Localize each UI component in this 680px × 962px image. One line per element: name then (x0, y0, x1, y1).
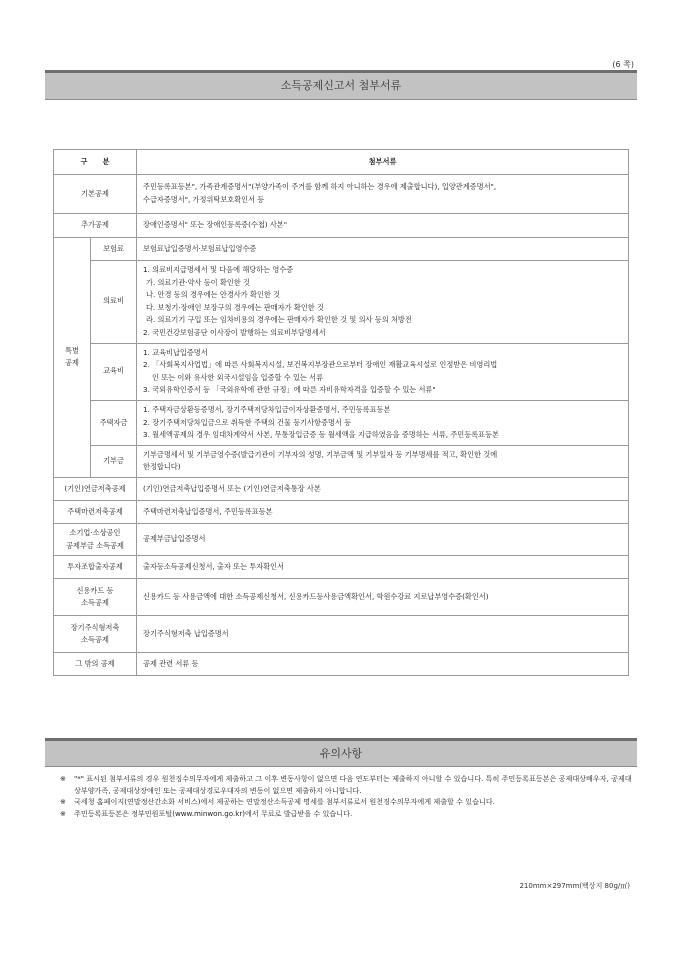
row-category: 그 밖의 공제 (54, 653, 137, 676)
table-row: 기부금 기부금명세서 및 기부금영수증(발급기관이 기부자의 성명, 기부금액 … (54, 445, 629, 477)
row-documents: 출자등소득공제신청서, 출자 또는 투자확인서 (137, 556, 629, 579)
table-row: 주택마련저축공제 주택마련저축납입증명서, 주민등록표등본 (54, 500, 629, 523)
category-line: 공제부금 소득공제 (56, 540, 134, 553)
sub-category: 의료비 (91, 261, 137, 344)
doc-line: 인 또는 이와 유사한 외국시설임을 입증할 수 있는 서류 (143, 372, 622, 385)
row-category: 추가공제 (54, 214, 137, 238)
doc-line: 라. 의료기기 구입 또는 임차비용의 경우에는 판매자가 확인한 것 및 의사… (143, 314, 622, 327)
doc-line: 장애인증명서" 또는 장애인등록증(수첩) 사본" (143, 219, 622, 232)
notes-title: 유의사항 (45, 738, 637, 767)
doc-line: 2. 장기주택저당차입금으로 취득한 주택의 건물 등기사항증명서 등 (143, 417, 622, 430)
row-category: 주택마련저축공제 (54, 500, 137, 523)
category-line: 공제 (56, 357, 88, 370)
header-category: 구 분 (54, 150, 137, 175)
sub-category: 보험료 (91, 238, 137, 261)
doc-line: 나. 안경 등의 경우에는 안경사가 확인한 것 (143, 289, 622, 302)
row-documents: 신용카드 등 사용금액에 대한 소득공제신청서, 신용카드등사용금액확인서, 학… (137, 579, 629, 616)
doc-line: 3. 월세액공제의 경우 임대차계약서 사본, 무통장입금증 등 월세액을 지급… (143, 429, 622, 442)
doc-line: 2. 「사회복지사업법」에 따른 사회복지시설, 보건복지부장관으로부터 장애인… (143, 359, 622, 372)
sub-category: 기부금 (91, 445, 137, 477)
reference-mark-icon: ※ (60, 773, 74, 796)
row-category: 신용카드 등 소득공제 (54, 579, 137, 616)
doc-line: 2. 국민건강보험공단 이사장이 발행하는 의료비부담명세서 (143, 327, 622, 340)
table-row: 투자조합출자공제 출자등소득공제신청서, 출자 또는 투자확인서 (54, 556, 629, 579)
note-text: "*" 표시된 첨부서류의 경우 원천징수의무자에게 제출하고 그 이후 변동사… (74, 773, 638, 796)
doc-line: 기부금명세서 및 기부금영수증(발급기관이 기부자의 성명, 기부금액 및 기부… (143, 449, 622, 462)
row-category: 투자조합출자공제 (54, 556, 137, 579)
table-row: 신용카드 등 소득공제 신용카드 등 사용금액에 대한 소득공제신청서, 신용카… (54, 579, 629, 616)
table-row: 의료비 1. 의료비지급명세서 및 다음에 해당하는 영수증 가. 의료기관·약… (54, 261, 629, 344)
table-row: 특별 공제 보험료 보험료납입증명서·보험료납입영수증 (54, 238, 629, 261)
special-category: 특별 공제 (54, 238, 91, 478)
row-documents: 장애인증명서" 또는 장애인등록증(수첩) 사본" (137, 214, 629, 238)
category-line: 장기주식형저축 (56, 622, 134, 635)
sub-category: 주택자금 (91, 400, 137, 445)
header-documents: 첨부서류 (137, 150, 629, 175)
row-documents: 1. 의료비지급명세서 및 다음에 해당하는 영수증 가. 의료기관·약사 등이… (137, 261, 629, 344)
row-category: 소기업·소상공인 공제부금 소득공제 (54, 523, 137, 555)
note-item: ※ 주민등록표등본은 정부민원포털(www.minwon.go.kr)에서 무료… (60, 808, 638, 820)
paper-spec-footer: 210mm×297mm(백상지 80g/㎡) (519, 881, 630, 891)
row-documents: 주택마련저축납입증명서, 주민등록표등본 (137, 500, 629, 523)
table-row: 장기주식형저축 소득공제 장기주식형저축 납입증명서 (54, 616, 629, 653)
row-category: (기인)연금저축공제 (54, 477, 137, 500)
row-documents: 기부금명세서 및 기부금영수증(발급기관이 기부자의 성명, 기부금액 및 기부… (137, 445, 629, 477)
category-line: 신용카드 등 (56, 585, 134, 598)
note-text: 국세청 홈페이지(연말정산간소화 서비스)에서 제공하는 연말정산소득공제 명세… (74, 796, 495, 808)
row-documents: (기인)연금저축납입증명서 또는 (기인)연금저축통장 사본 (137, 477, 629, 500)
doc-line: 주민등록표등본", 가족관계증명서"(부양가족이 주거를 함께 하지 아니하는 … (143, 181, 622, 194)
row-documents: 장기주식형저축 납입증명서 (137, 616, 629, 653)
note-text: 주민등록표등본은 정부민원포털(www.minwon.go.kr)에서 무료로 … (74, 808, 352, 820)
sub-category: 교육비 (91, 343, 137, 400)
row-documents: 공제 관련 서류 등 (137, 653, 629, 676)
notes-list: ※ "*" 표시된 첨부서류의 경우 원천징수의무자에게 제출하고 그 이후 변… (60, 773, 638, 819)
table-row: 주택자금 1. 주택자금상환등증명서, 장기주택저당차입금이자상환증명서, 주민… (54, 400, 629, 445)
category-line: 소득공제 (56, 634, 134, 647)
doc-line: 1. 주택자금상환등증명서, 장기주택저당차입금이자상환증명서, 주민등록표등본 (143, 404, 622, 417)
doc-line: 3. 국외유학인증서 등 「국외유학에 관한 규정」에 따른 자비유학자격을 입… (143, 384, 622, 397)
table-row: 그 밖의 공제 공제 관련 서류 등 (54, 653, 629, 676)
table-row: 기본공제 주민등록표등본", 가족관계증명서"(부양가족이 주거를 함께 하지 … (54, 175, 629, 214)
reference-mark-icon: ※ (60, 796, 74, 808)
doc-line: 가. 의료기관·약사 등이 확인한 것 (143, 277, 622, 290)
table-row: 교육비 1. 교육비납입증명서 2. 「사회복지사업법」에 따른 사회복지시설,… (54, 343, 629, 400)
page-number-label: (6 쪽) (612, 59, 634, 70)
row-category: 기본공제 (54, 175, 137, 214)
row-category: 장기주식형저축 소득공제 (54, 616, 137, 653)
row-documents: 보험료납입증명서·보험료납입영수증 (137, 238, 629, 261)
category-line: 소기업·소상공인 (56, 527, 134, 540)
doc-line: 한정합니다) (143, 461, 622, 474)
doc-line: 수급자증명서", 가정위탁보호확인서 등 (143, 194, 622, 207)
table-row: (기인)연금저축공제 (기인)연금저축납입증명서 또는 (기인)연금저축통장 사… (54, 477, 629, 500)
row-documents: 공제부금납입증명서 (137, 523, 629, 555)
note-item: ※ 국세청 홈페이지(연말정산간소화 서비스)에서 제공하는 연말정산소득공제 … (60, 796, 638, 808)
note-item: ※ "*" 표시된 첨부서류의 경우 원천징수의무자에게 제출하고 그 이후 변… (60, 773, 638, 796)
table-row: 소기업·소상공인 공제부금 소득공제 공제부금납입증명서 (54, 523, 629, 555)
row-documents: 주민등록표등본", 가족관계증명서"(부양가족이 주거를 함께 하지 아니하는 … (137, 175, 629, 214)
table-header-row: 구 분 첨부서류 (54, 150, 629, 175)
document-title: 소득공제신고서 첨부서류 (45, 70, 637, 100)
row-documents: 1. 주택자금상환등증명서, 장기주택저당차입금이자상환증명서, 주민등록표등본… (137, 400, 629, 445)
category-line: 소득공제 (56, 597, 134, 610)
reference-mark-icon: ※ (60, 808, 74, 820)
table-row: 추가공제 장애인증명서" 또는 장애인등록증(수첩) 사본" (54, 214, 629, 238)
category-line: 특별 (56, 345, 88, 358)
row-documents: 1. 교육비납입증명서 2. 「사회복지사업법」에 따른 사회복지시설, 보건복… (137, 343, 629, 400)
doc-line: 보험료납입증명서·보험료납입영수증 (143, 243, 622, 256)
doc-line: 다. 보청기·장애인 보장구의 경우에는 판매자가 확인한 것 (143, 302, 622, 315)
doc-line: 1. 교육비납입증명서 (143, 347, 622, 360)
attachments-table: 구 분 첨부서류 기본공제 주민등록표등본", 가족관계증명서"(부양가족이 주… (53, 149, 629, 676)
doc-line: 1. 의료비지급명세서 및 다음에 해당하는 영수증 (143, 264, 622, 277)
